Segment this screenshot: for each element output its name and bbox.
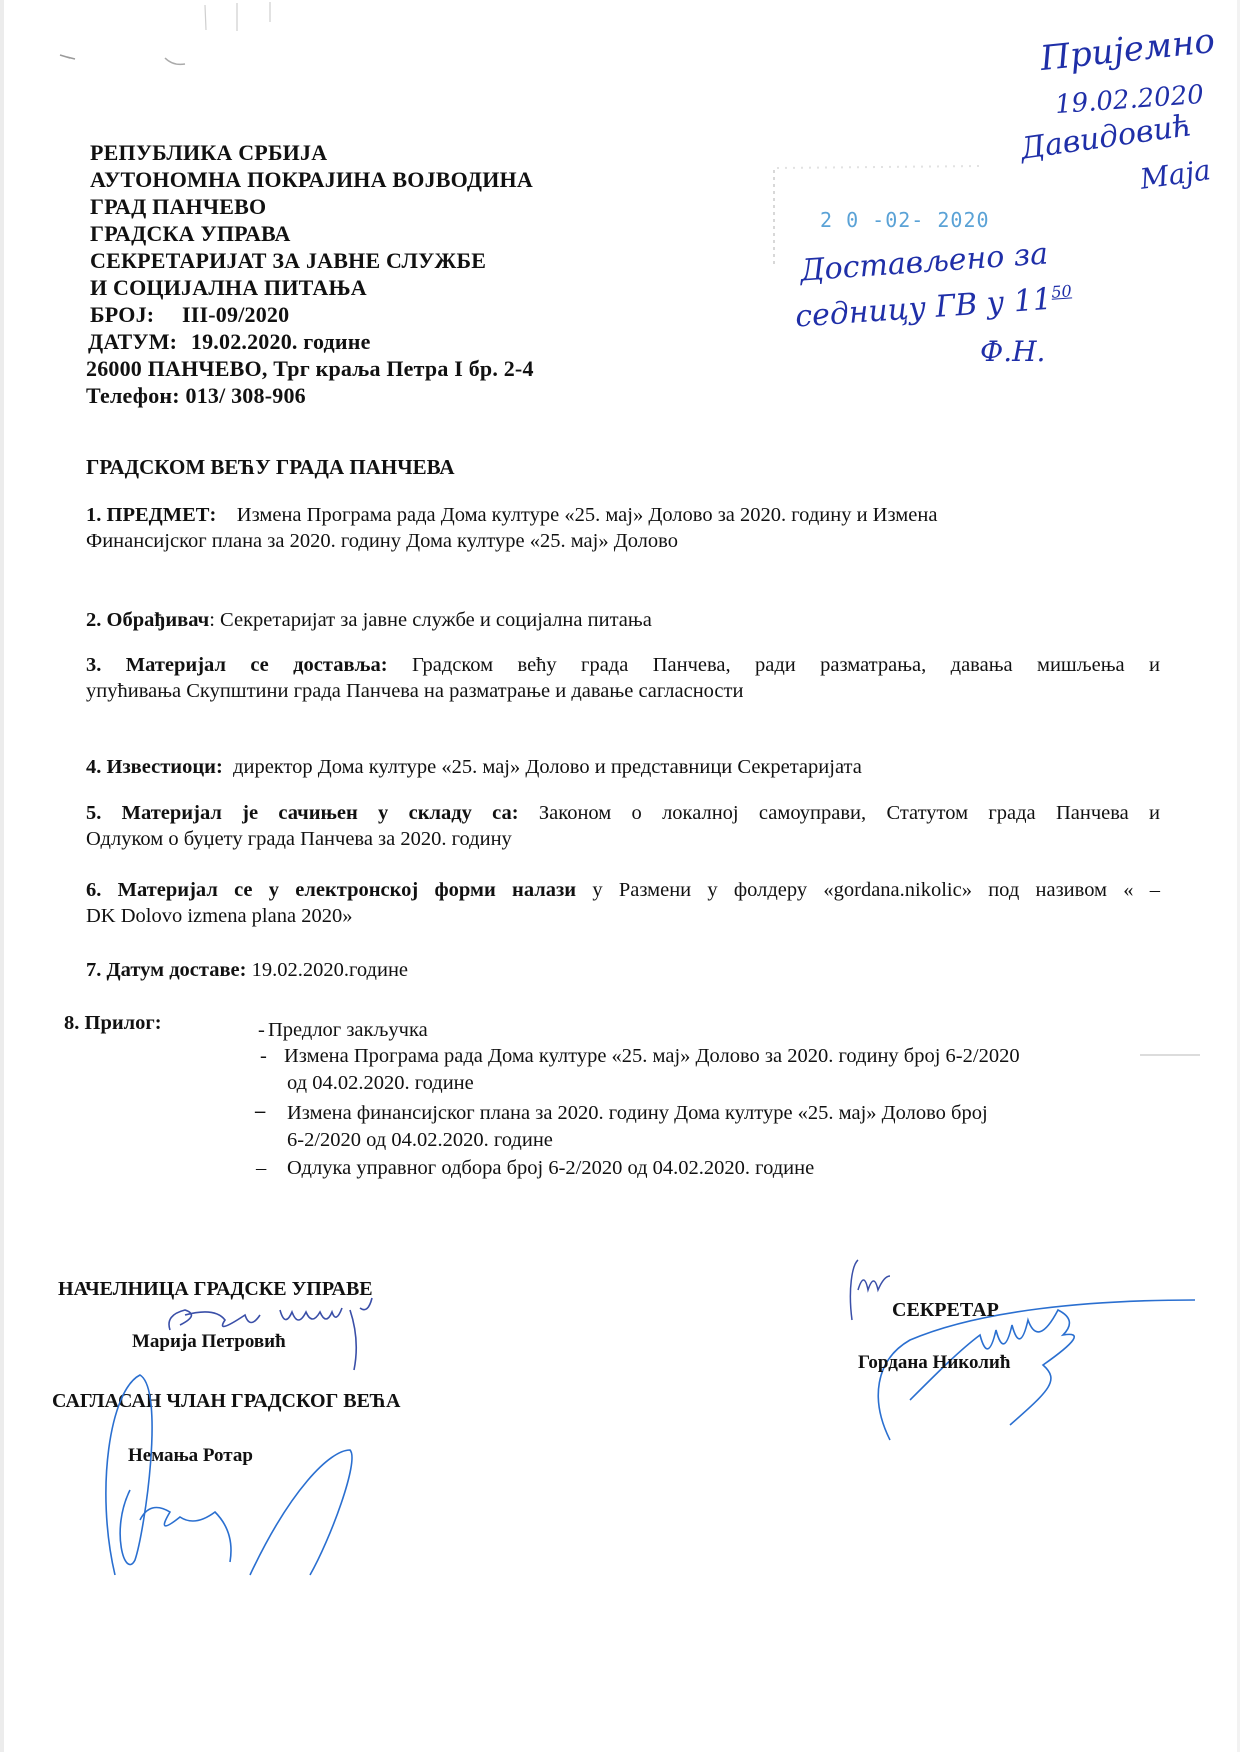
header-republic: РЕПУБЛИКА СРБИЈА <box>90 140 327 166</box>
electronic-form-label: 6. Материјал се у електронској форми нал… <box>86 879 576 901</box>
section-subject: 1. ПРЕДМЕТ: Измена Програма рада Дома ку… <box>86 502 937 554</box>
compliance-text-line2: Одлуком о буџету града Панчева за 2020. … <box>86 826 1160 852</box>
document-page: РЕПУБЛИКА СРБИЈА АУТОНОМНА ПОКРАЈИНА ВОЈ… <box>0 0 1240 1752</box>
received-note-name: Маја <box>1138 153 1213 196</box>
electronic-form-text-line2: DK Dolovo izmena plana 2020» <box>86 903 1160 929</box>
header-secretariat: СЕКРЕТАРИЈАТ ЗА ЈАВНЕ СЛУЖБЕ <box>90 248 486 274</box>
subject-label: 1. ПРЕДМЕТ: <box>86 504 216 526</box>
delivered-to-text-line1: Градском већу града Панчева, ради размат… <box>412 654 1160 676</box>
electronic-form-text-line1: у Размени у фолдеру «gordana.nikolic» по… <box>592 879 1160 901</box>
header-date: ДАТУМ: 19.02.2020. године <box>88 329 371 355</box>
attachment-text: Одлука управног одбора број 6-2/2020 од … <box>287 1157 814 1180</box>
delivered-session-text: седницу ГВ у 11 <box>794 282 1053 335</box>
delivered-initials: Ф.Н. <box>980 335 1045 368</box>
header-address: 26000 ПАНЧЕВО, Трг краља Петра I бр. 2-4 <box>86 356 534 382</box>
attachment-dash: – <box>256 1157 266 1180</box>
number-value: III-09/2020 <box>182 302 289 327</box>
attachments-label: 8. Прилог: <box>64 1012 162 1034</box>
reporters-text: директор Дома културе «25. мај» Долово и… <box>233 756 862 778</box>
attachment-text: Измена Програма рада Дома културе «25. м… <box>284 1045 1020 1068</box>
header-secretariat-cont: И СОЦИЈАЛНА ПИТАЊА <box>90 275 367 301</box>
secretary-title: СЕКРЕТАР <box>892 1299 999 1322</box>
handwritten-signature <box>830 1250 1210 1450</box>
delivery-date-value: 19.02.2020.године <box>252 959 408 981</box>
received-stamp-date: 2 0 -02- 2020 <box>820 208 990 232</box>
header-administration: ГРАДСКА УПРАВА <box>90 221 291 247</box>
reporters-label: 4. Известиоци: <box>86 756 223 778</box>
date-value: 19.02.2020. године <box>191 329 371 354</box>
scan-edge-left <box>0 0 4 1752</box>
attachment-dash: - <box>258 1019 265 1042</box>
attachment-text-cont: 6-2/2020 од 04.02.2020. године <box>287 1129 553 1152</box>
section-preparer: 2. Обрађивач: Секретаријат за јавне служ… <box>86 607 652 633</box>
delivered-note-line2: седницу ГВ у 1150 <box>794 280 1073 334</box>
delivered-to-text-line2: упућивања Скупштини града Панчева на раз… <box>86 678 1160 704</box>
compliance-text-line1: Законом о локалној самоуправи, Статутом … <box>539 802 1160 824</box>
handwritten-signature <box>90 1370 420 1570</box>
preparer-label: 2. Обрађивач <box>86 609 209 631</box>
compliance-label: 5. Материјал је сачињен у складу са: <box>86 802 519 824</box>
attachment-dash: - <box>260 1045 267 1068</box>
scan-mark <box>1140 1052 1200 1058</box>
header-province: АУТОНОМНА ПОКРАЈИНА ВОЈВОДИНА <box>90 167 533 193</box>
section-electronic-form: 6. Материјал се у електронској форми нал… <box>86 877 1160 929</box>
section-compliance: 5. Материјал је сачињен у складу са: Зак… <box>86 800 1160 852</box>
attachment-dash: – <box>255 1100 265 1123</box>
attachment-text: Измена финансијског плана за 2020. годин… <box>287 1102 988 1125</box>
scan-noise-marks <box>55 0 295 80</box>
preparer-text: : Секретаријат за јавне службе и социјал… <box>209 609 652 631</box>
header-city: ГРАД ПАНЧЕВО <box>90 194 266 220</box>
date-label: ДАТУМ: <box>88 329 177 354</box>
section-reporters: 4. Известиоци: директор Дома културе «25… <box>86 754 862 780</box>
section-delivery-date: 7. Датум доставе: 19.02.2020.године <box>86 957 408 983</box>
attachment-text: Предлог закључка <box>268 1019 428 1042</box>
subject-text-line1: Измена Програма рада Дома културе «25. м… <box>237 504 938 526</box>
delivered-time-minutes: 50 <box>1051 281 1073 301</box>
section-delivered-to: 3. Материјал се достављa: Градском већу … <box>86 652 1160 704</box>
subject-text-line2: Финансијског плана за 2020. годину Дома … <box>86 528 937 554</box>
header-number: БРОЈ: III-09/2020 <box>90 302 289 328</box>
recipient: ГРАДСКОМ ВЕЋУ ГРАДА ПАНЧЕВА <box>86 455 455 480</box>
received-note-word: Пријемно <box>1038 21 1216 79</box>
secretary-name: Гордана Николић <box>858 1352 1010 1374</box>
delivered-to-label: 3. Материјал се достављa: <box>86 654 388 676</box>
delivery-date-label: 7. Датум доставе: <box>86 959 246 981</box>
attachment-text-cont: од 04.02.2020. године <box>287 1072 474 1095</box>
header-phone: Телефон: 013/ 308-906 <box>86 383 306 409</box>
number-label: БРОЈ: <box>90 302 154 327</box>
